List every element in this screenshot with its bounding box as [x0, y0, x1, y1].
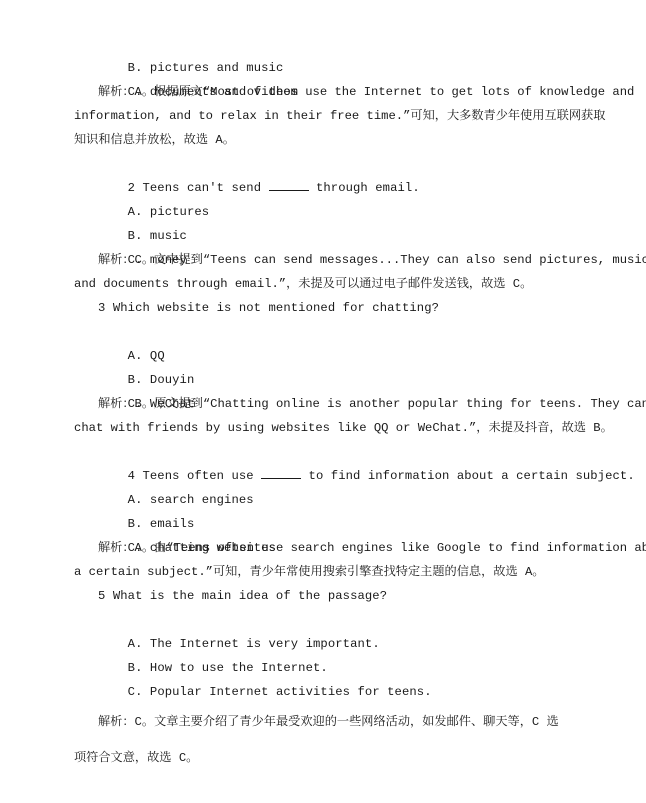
option-text: emails	[150, 517, 194, 531]
option-text: pictures and music	[150, 61, 283, 75]
explanation-line: 解析：C。文中提到“Teens can send messages...They…	[74, 248, 566, 272]
option-letter: A.	[128, 493, 143, 507]
option-text: QQ	[150, 349, 165, 363]
explanation-line: 解析：B。原文提到“Chatting online is another pop…	[74, 392, 566, 416]
question-prefix: 4 Teens often use	[128, 469, 254, 483]
fill-blank	[261, 466, 301, 479]
fill-blank	[269, 178, 309, 191]
option-text: Douyin	[150, 373, 194, 387]
option-b: B. pictures and music	[74, 32, 566, 56]
question-stem: 4 Teens often use to find information ab…	[74, 440, 566, 464]
option-letter: B.	[128, 61, 143, 75]
option-text: music	[150, 229, 187, 243]
question-stem: 2 Teens can't send through email.	[74, 152, 566, 176]
option-text: search engines	[150, 493, 254, 507]
option-letter: B.	[128, 373, 143, 387]
question-suffix: to find information about a certain subj…	[309, 469, 635, 483]
option-letter: A.	[128, 637, 143, 651]
option-letter: C.	[128, 685, 143, 699]
option-text: How to use the Internet.	[150, 661, 328, 675]
option-text: The Internet is very important.	[150, 637, 380, 651]
explanation-line: 解析：A。由“Teens often use search engines li…	[74, 536, 566, 560]
option-text: Popular Internet activities for teens.	[150, 685, 432, 699]
question-prefix: 2 Teens can't send	[128, 181, 261, 195]
document-page: B. pictures and music C. documents and v…	[74, 32, 566, 776]
explanation-line: 解析：C。文章主要介绍了青少年最受欢迎的一些网络活动，如发邮件、聊天等，C 选	[74, 704, 566, 740]
option-letter: A.	[128, 205, 143, 219]
explanation-line: 解析：A。根据原文“Most of them use the Internet …	[74, 80, 566, 104]
option-letter: B.	[128, 517, 143, 531]
option-letter: A.	[128, 349, 143, 363]
explanation-line: and documents through email.”，未提及可以通过电子邮…	[74, 272, 566, 296]
explanation-line: chat with friends by using websites like…	[74, 416, 566, 440]
option-letter: B.	[128, 661, 143, 675]
option-a: A. The Internet is very important.	[74, 608, 566, 632]
option-text: pictures	[150, 205, 209, 219]
option-letter: B.	[128, 229, 143, 243]
explanation-line: a certain subject.”可知，青少年常使用搜索引擎查找特定主题的信…	[74, 560, 566, 584]
explanation-line: information, and to relax in their free …	[74, 104, 566, 128]
explanation-line: 项符合文意，故选 C。	[74, 740, 566, 776]
explanation-line: 知识和信息并放松，故选 A。	[74, 128, 566, 152]
question-stem: 5 What is the main idea of the passage?	[74, 584, 566, 608]
question-suffix: through email.	[316, 181, 420, 195]
option-a: A. QQ	[74, 320, 566, 344]
question-stem: 3 Which website is not mentioned for cha…	[74, 296, 566, 320]
